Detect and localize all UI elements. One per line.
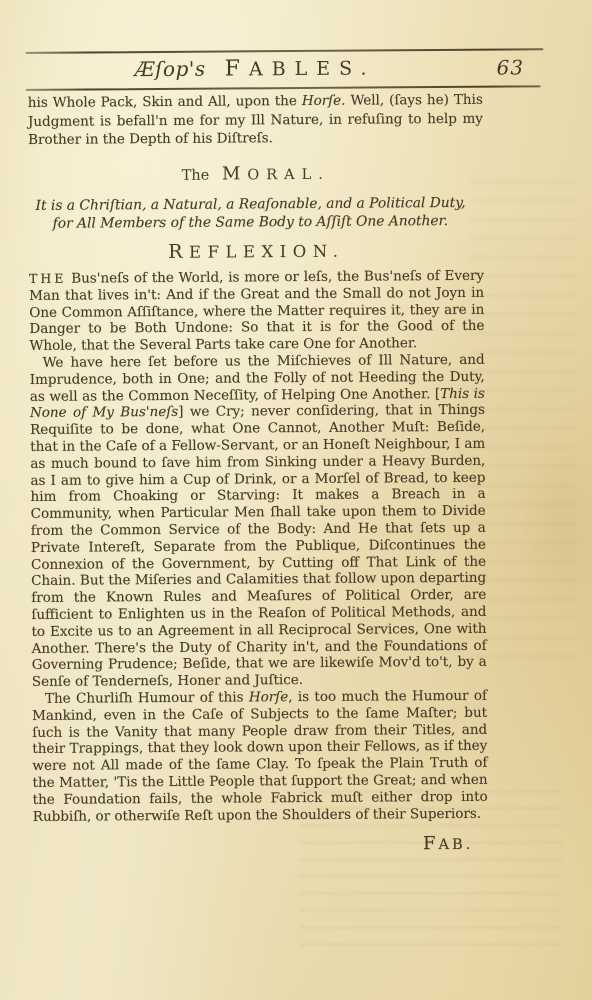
moral-heading-word: MORAL.	[222, 163, 330, 185]
moral-heading-the: The	[182, 168, 210, 184]
reflexion-heading: REFLEXION.	[29, 239, 484, 264]
moral-heading: The MORAL.	[28, 162, 483, 186]
catchword: FAB.	[423, 833, 473, 854]
page-number: 63	[496, 55, 524, 79]
header-rule-top	[25, 48, 543, 54]
reflexion-paragraph: The Bus'neſs of the World, is more or le…	[29, 268, 485, 355]
reflexion-body: The Bus'neſs of the World, is more or le…	[29, 268, 488, 825]
book-page-scan: Æſop's FABLES. 63 his Whole Pack, Skin a…	[0, 0, 592, 1000]
moral-text: It is a Chriſtian, a Natural, a Reaſonab…	[35, 195, 486, 233]
reflexion-heading-word: REFLEXION.	[168, 240, 344, 263]
book-author: Æſop's	[134, 57, 205, 81]
page-content: Æſop's FABLES. 63 his Whole Pack, Skin a…	[0, 0, 592, 1000]
running-header: Æſop's FABLES.	[27, 55, 482, 83]
book-title: FABLES.	[225, 55, 376, 81]
fable-ending-paragraph: his Whole Pack, Skin and All, upon the H…	[28, 91, 483, 150]
reflexion-paragraph: The Churliſh Humour of this Horſe, is to…	[32, 688, 488, 826]
reflexion-paragraph: We have here ſet before us the Miſchieve…	[30, 352, 487, 691]
